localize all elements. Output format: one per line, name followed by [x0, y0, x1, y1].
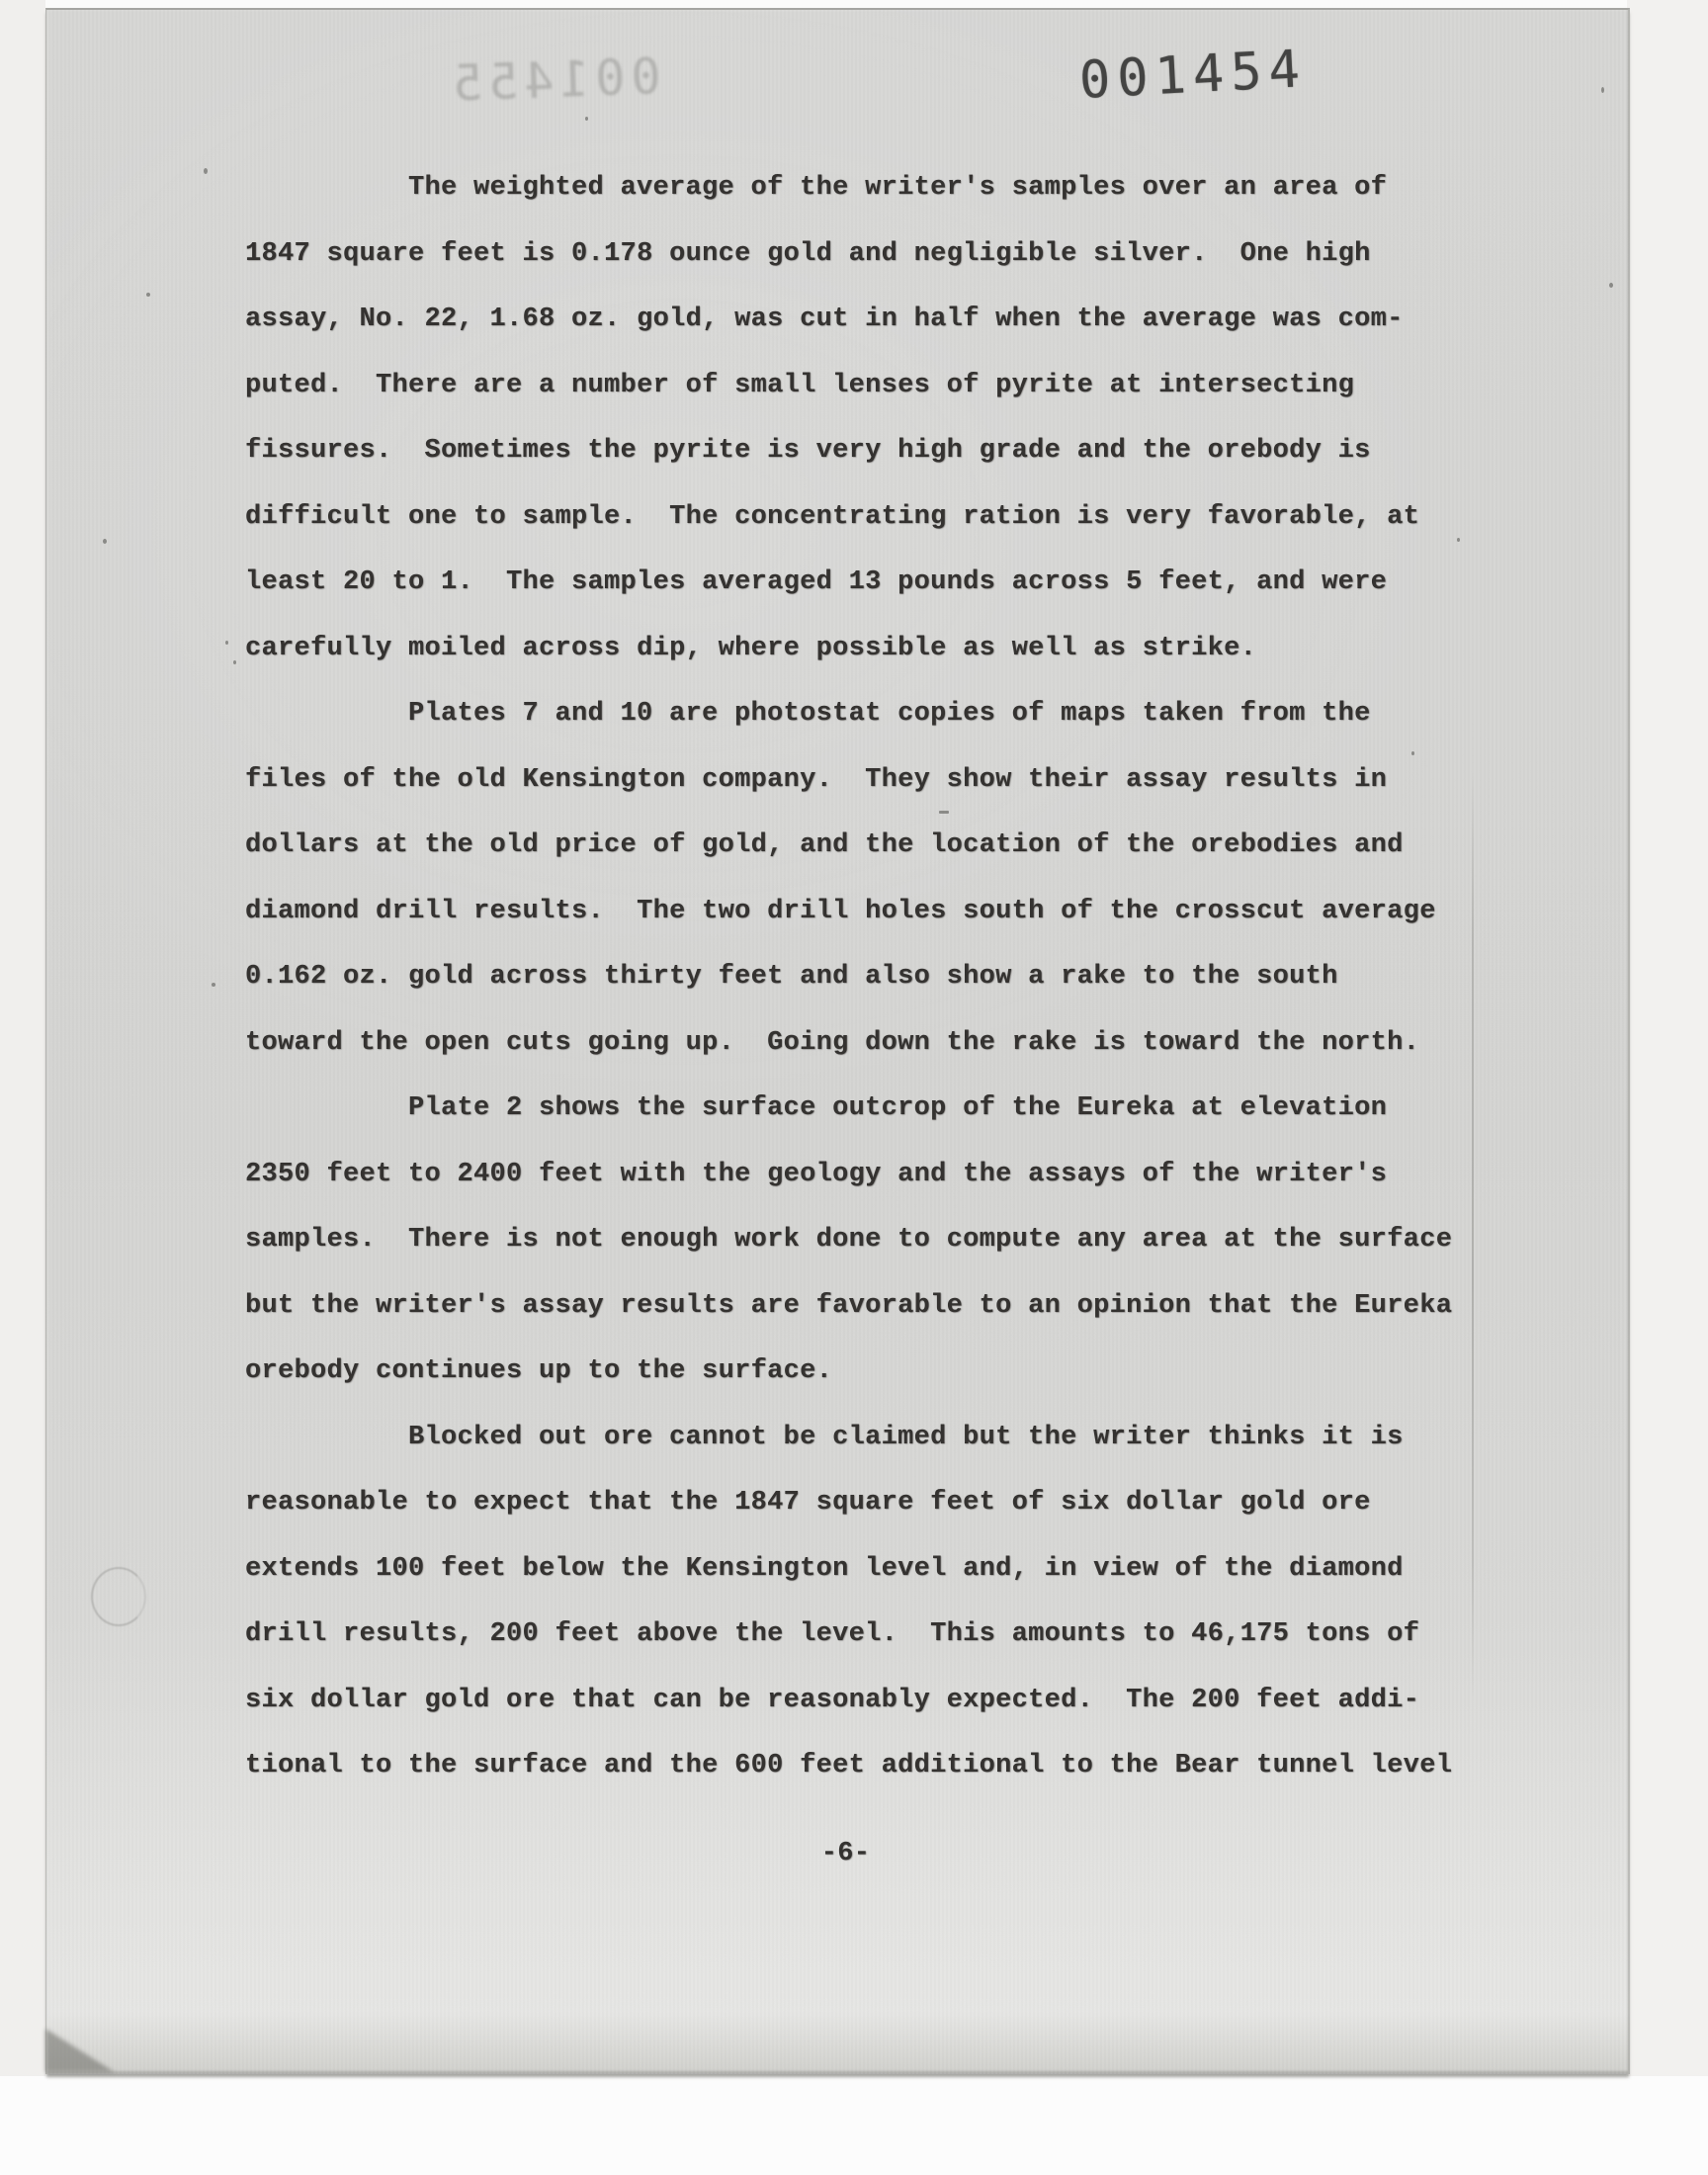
- text-line: tional to the surface and the 600 feet a…: [245, 1733, 1491, 1799]
- text-line: six dollar gold ore that can be reasonab…: [245, 1668, 1491, 1734]
- paper-corner-fold-shadow: [45, 2029, 115, 2072]
- text-line: drill results, 200 feet above the level.…: [245, 1602, 1491, 1668]
- typewritten-body: The weighted average of the writer's sam…: [245, 155, 1491, 1799]
- text-line: extends 100 feet below the Kensington le…: [245, 1536, 1491, 1603]
- scan-speck: [1411, 751, 1414, 755]
- scan-speck: [103, 539, 107, 544]
- text-line: 1847 square feet is 0.178 ounce gold and…: [245, 221, 1491, 288]
- text-line: dollars at the old price of gold, and th…: [245, 813, 1491, 879]
- text-line: toward the open cuts going up. Going dow…: [245, 1010, 1491, 1077]
- text-line: puted. There are a number of small lense…: [245, 353, 1491, 419]
- text-line: 2350 feet to 2400 feet with the geology …: [245, 1142, 1491, 1208]
- scanner-background-left: [0, 0, 45, 2084]
- scan-speck: [1601, 87, 1604, 93]
- text-line: reasonable to expect that the 1847 squar…: [245, 1470, 1491, 1536]
- text-line: carefully moiled across dip, where possi…: [245, 616, 1491, 682]
- scan-speck: [146, 293, 150, 297]
- text-line: files of the old Kensington company. The…: [245, 747, 1491, 814]
- scanner-background-right: [1627, 0, 1708, 2084]
- scan-speck: [585, 117, 588, 121]
- text-line: Blocked out ore cannot be claimed but th…: [245, 1405, 1491, 1471]
- scan-speck: [1457, 538, 1460, 542]
- scan-speck: [212, 983, 215, 987]
- text-line: but the writer's assay results are favor…: [245, 1273, 1491, 1340]
- serial-number-stamp: 001454: [1078, 40, 1309, 111]
- page-number: -6-: [245, 1821, 1446, 1887]
- text-line: fissures. Sometimes the pyrite is very h…: [245, 418, 1491, 484]
- scan-speck: [1609, 283, 1613, 288]
- scan-speck: [233, 660, 236, 664]
- text-line: assay, No. 22, 1.68 oz. gold, was cut in…: [245, 287, 1491, 353]
- text-line: 0.162 oz. gold across thirty feet and al…: [245, 944, 1491, 1010]
- scan-speck: [204, 168, 208, 174]
- scan-speck: [939, 811, 949, 814]
- ring-mark: [91, 1567, 146, 1626]
- text-line: diamond drill results. The two drill hol…: [245, 879, 1491, 945]
- text-line: orebody continues up to the surface.: [245, 1339, 1491, 1405]
- text-line: samples. There is not enough work done t…: [245, 1207, 1491, 1273]
- text-line: Plates 7 and 10 are photostat copies of …: [245, 681, 1491, 747]
- text-line: Plate 2 shows the surface outcrop of the…: [245, 1076, 1491, 1142]
- text-line: difficult one to sample. The concentrati…: [245, 484, 1491, 551]
- scanner-background-bottom: [0, 2076, 1708, 2175]
- scan-speck: [225, 641, 228, 645]
- text-line: The weighted average of the writer's sam…: [245, 155, 1491, 221]
- bleed-through-stamp: 001455: [446, 47, 662, 113]
- text-line: least 20 to 1. The samples averaged 13 p…: [245, 550, 1491, 616]
